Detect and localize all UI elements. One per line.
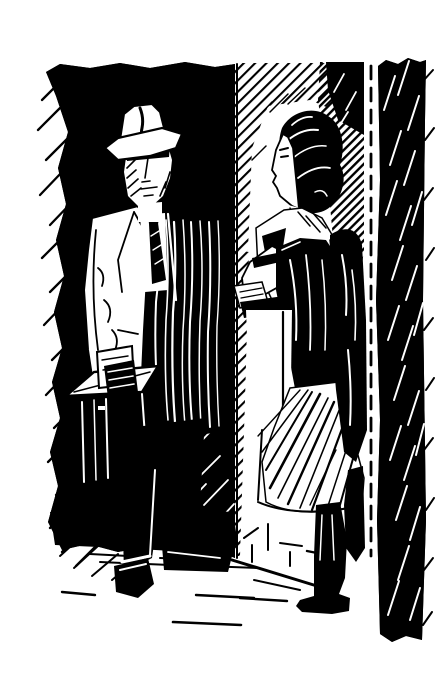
front-boot	[296, 502, 350, 614]
man-at-door-illustration: Black-and-white pen-and-ink illustration…	[0, 0, 437, 700]
illustration-page: Black-and-white pen-and-ink illustration…	[0, 0, 437, 700]
open-door	[371, 58, 434, 642]
back-boot	[344, 466, 365, 562]
door-speckle-texture	[376, 58, 426, 642]
hand-on-handle	[104, 360, 138, 398]
left-shoe	[114, 558, 154, 598]
threshold-molding-marks	[244, 524, 302, 566]
